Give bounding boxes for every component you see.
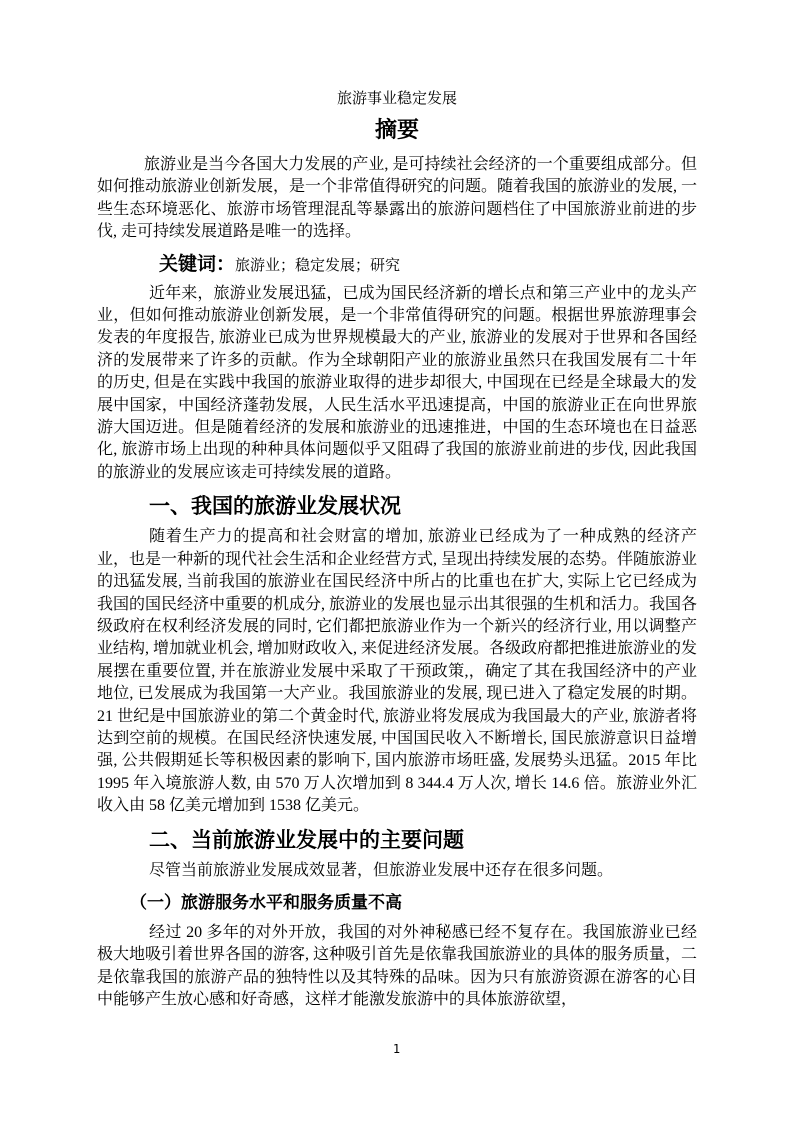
document-page: 旅游事业稳定发展 摘要 旅游业是当今各国大力发展的产业, 是可持续社会经济的一个… (0, 0, 793, 1122)
keywords-text: 旅游业；稳定发展；研究 (235, 258, 400, 274)
intro-paragraph: 近年来，旅游业发展迅猛，已成为国民经济新的增长点和第三产业中的龙头产业，但如何推… (97, 283, 697, 485)
document-title: 旅游事业稳定发展 (97, 88, 697, 110)
subsection-2-1-heading: （一）旅游服务水平和服务质量不高 (97, 890, 697, 916)
abstract-paragraph: 旅游业是当今各国大力发展的产业, 是可持续社会经济的一个重要组成部分。但如何推动… (97, 154, 697, 244)
section-1-heading: 一、我国的旅游业发展状况 (97, 491, 697, 521)
keywords-label: 关键词： (159, 253, 235, 275)
page-number: 1 (0, 1042, 793, 1056)
abstract-heading: 摘要 (97, 116, 697, 146)
section-2-heading: 二、当前旅游业发展中的主要问题 (97, 825, 697, 855)
keywords-line: 关键词：旅游业；稳定发展；研究 (97, 249, 697, 281)
section-2-lead-paragraph: 尽管当前旅游业发展成效显著，但旅游业发展中还存在很多问题。 (97, 860, 697, 882)
section-1-paragraph: 随着生产力的提高和社会财富的增加, 旅游业已经成为了一种成熟的经济产业，也是一种… (97, 526, 697, 817)
subsection-2-1-paragraph: 经过 20 多年的对外开放，我国的对外神秘感已经不复存在。我国旅游业已经极大地吸… (97, 922, 697, 1012)
